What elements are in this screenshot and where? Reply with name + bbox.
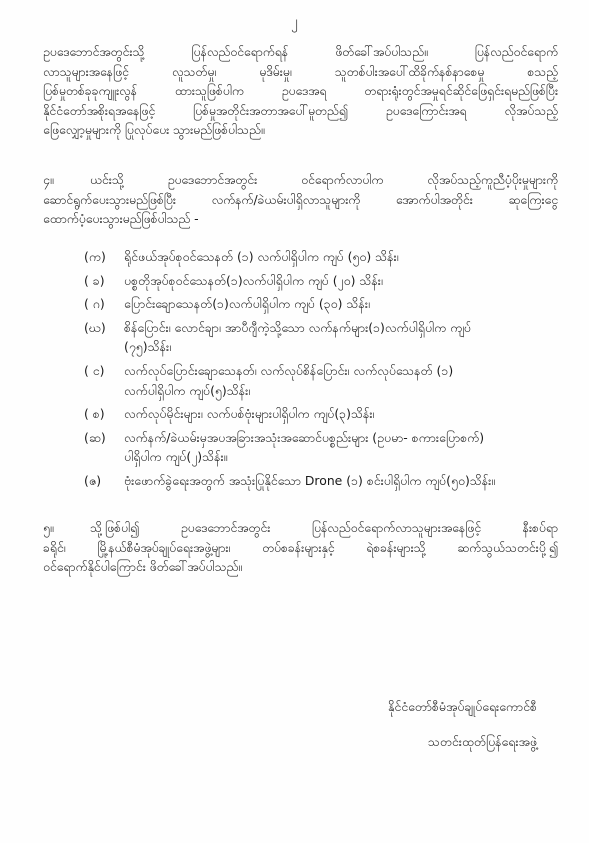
paragraph-line: သို့ဖြစ်ပါ၍ ဥပဒေဘောင်အတွင်း ပြန်လည်ဝင်ရေ… — [90, 520, 558, 535]
paragraph-line: ဝင်ရောက်နိုင်ပါကြောင်း ဖိတ်ခေါ်အပ်ပါသည်။ — [43, 557, 558, 577]
list-marker: ( စ) — [84, 404, 124, 424]
list-item: ( ဂ) ပြောင်းချောသေနတ်(၁)လက်ပါရှိပါက ကျပ်… — [84, 294, 564, 314]
list-marker: ( င) — [84, 361, 124, 381]
paragraph-line: နိုင်ငံတော်အစိုးရအနေဖြင့် ပြစ်မှုအတိုင်း… — [43, 101, 558, 121]
paragraph-4: ၄။ယင်းသို့ ဥပဒေဘောင်အတွင်း ဝင်ရောက်လာပါက… — [43, 170, 558, 229]
list-item-text: ပစ္စတိုအုပ်စုဝင်သေနတ်(၁)လက်ပါရှိပါက ကျပ်… — [124, 271, 564, 291]
list-marker: ( ဂ) — [84, 294, 124, 314]
paragraph-line: ပြစ်မှုတစ်ခုခုကျူးလွန် ထားသူဖြစ်ပါက ဥပဒေ… — [43, 81, 558, 101]
list-item-text: လက်လုပ်ပြောင်းချောသေနတ်၊ လက်လုပ်စိန်ပြော… — [124, 361, 564, 381]
page-number: ၂ — [0, 12, 589, 32]
list-item: (ဇ) ဗုံးဖောက်ခွဲရေးအတွက် အသုံးပြုနိုင်သေ… — [84, 471, 564, 491]
paragraph-number: ၅။ — [43, 518, 90, 538]
list-item-text: (၇၅)သိန်း၊ — [124, 337, 564, 357]
list-item-text: ပါရှိပါက ကျပ်(၂)သိန်း။ — [124, 447, 564, 467]
paragraph-line: ဥပဒေဘောင်အတွင်းသို့ ပြန်လည်ဝင်ရောက်ရန် ဖ… — [43, 42, 558, 62]
list-item-text: ဗုံးဖောက်ခွဲရေးအတွက် အသုံးပြုနိုင်သော Dr… — [124, 471, 564, 491]
paragraph-intro: ဥပဒေဘောင်အတွင်းသို့ ပြန်လည်ဝင်ရောက်ရန် ဖ… — [43, 42, 558, 140]
paragraph-number: ၄။ — [43, 170, 90, 190]
list-marker: ( ခ) — [84, 271, 124, 291]
list-item-text: ပြောင်းချောသေနတ်(၁)လက်ပါရှိပါက ကျပ် (၃၀)… — [124, 294, 564, 314]
list-marker: (က) — [84, 247, 124, 267]
signature-organization: နိုင်ငံတော်စီမံအုပ်ချုပ်ရေးကောင်စီ — [388, 697, 537, 717]
paragraph-line: လာသူများအနေဖြင့် လူသတ်မှု၊ မုဒိမ်းမှု၊ သ… — [43, 62, 558, 82]
list-item: (က) ရိုင်ဖယ်အုပ်စုဝင်သေနတ် (၁) လက်ပါရှိပ… — [84, 247, 564, 267]
paragraph-line: ထောက်ပံ့ပေးသွားမည်ဖြစ်ပါသည် - — [43, 209, 558, 229]
paragraph-5: ၅။သို့ဖြစ်ပါ၍ ဥပဒေဘောင်အတွင်း ပြန်လည်ဝင်… — [43, 518, 558, 577]
document-page: ၂ ဥပဒေဘောင်အတွင်းသို့ ပြန်လည်ဝင်ရောက်ရန်… — [0, 0, 589, 843]
list-marker: (ဃ) — [84, 318, 124, 338]
list-marker: (ဇ) — [84, 471, 124, 491]
paragraph-first-line: ၄။ယင်းသို့ ဥပဒေဘောင်အတွင်း ဝင်ရောက်လာပါက… — [43, 170, 558, 190]
list-item: (ဆ) လက်နက်/ခဲယမ်းမှအပအခြားအသုံးအဆောင်ပစ္… — [84, 428, 564, 467]
paragraph-first-line: ၅။သို့ဖြစ်ပါ၍ ဥပဒေဘောင်အတွင်း ပြန်လည်ဝင်… — [43, 518, 558, 538]
list-marker: (ဆ) — [84, 428, 124, 448]
list-item-text: လက်ပါရှိပါက ကျပ်(၅)သိန်း၊ — [124, 381, 564, 401]
paragraph-line: ဖြေလျှော့မှုများကို ပြုလုပ်ပေး သွားမည်ဖြ… — [43, 120, 558, 140]
list-item: ( င) လက်လုပ်ပြောင်းချောသေနတ်၊ လက်လုပ်စိန… — [84, 361, 564, 400]
paragraph-line: ခရိုင်၊ မြို့နယ်စီမံအုပ်ချုပ်ရေးအဖွဲ့မျာ… — [43, 538, 558, 558]
list-item: ( စ) လက်လုပ်မိုင်းများ၊ လက်ပစ်ဗုံးများပါ… — [84, 404, 564, 424]
list-item-text: လက်လုပ်မိုင်းများ၊ လက်ပစ်ဗုံးများပါရှိပါ… — [124, 404, 564, 424]
paragraph-line: ဆောင်ရွက်ပေးသွားမည်ဖြစ်ပြီး လက်နက်/ခဲယမ်… — [43, 190, 558, 210]
list-item-text: ရိုင်ဖယ်အုပ်စုဝင်သေနတ် (၁) လက်ပါရှိပါက က… — [124, 247, 564, 267]
list-item-text: လက်နက်/ခဲယမ်းမှအပအခြားအသုံးအဆောင်ပစ္စည်း… — [124, 428, 564, 448]
list-item-text: စိန်ပြောင်း၊ လောင်ချာ၊ အာပီဂျီကဲ့သို့သော… — [124, 318, 564, 338]
paragraph-line: ယင်းသို့ ဥပဒေဘောင်အတွင်း ဝင်ရောက်လာပါက လ… — [90, 172, 558, 187]
list-item: (ဃ) စိန်ပြောင်း၊ လောင်ချာ၊ အာပီဂျီကဲ့သို… — [84, 318, 564, 357]
reward-list: (က) ရိုင်ဖယ်အုပ်စုဝင်သေနတ် (၁) လက်ပါရှိပ… — [84, 247, 564, 491]
signature-committee: သတင်းထုတ်ပြန်ရေးအဖွဲ့ — [428, 732, 537, 752]
list-item: ( ခ) ပစ္စတိုအုပ်စုဝင်သေနတ်(၁)လက်ပါရှိပါက… — [84, 271, 564, 291]
